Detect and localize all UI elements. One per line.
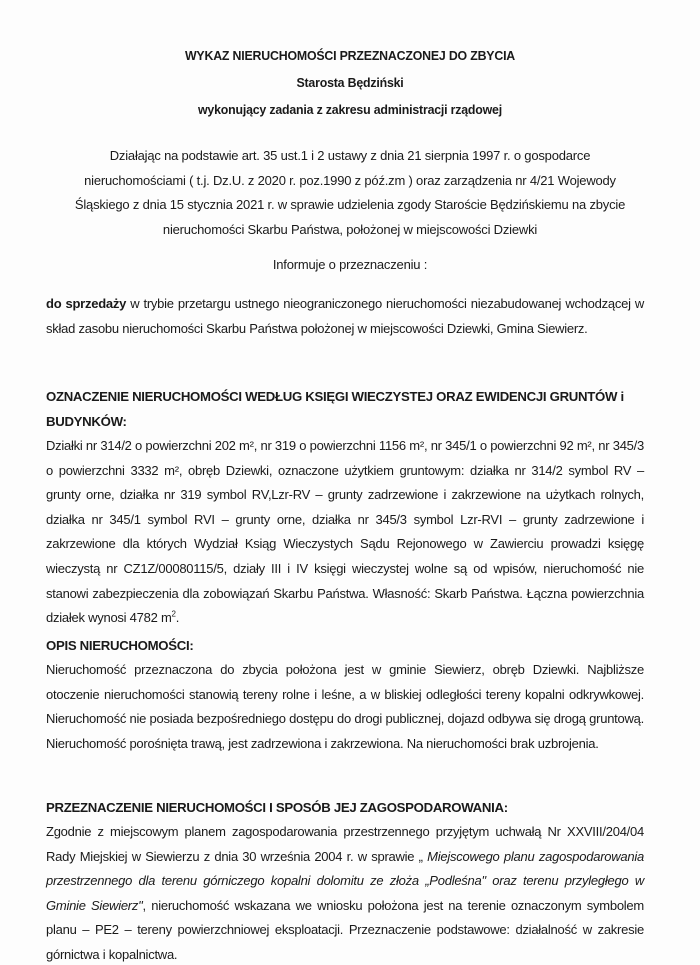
description-paragraph: Nieruchomość przeznaczona do zbycia poło… xyxy=(46,658,644,756)
section-heading-description: OPIS NIERUCHOMOŚCI: xyxy=(46,634,644,659)
authority-name: Starosta Będziński xyxy=(18,75,683,90)
purpose-paragraph: Zgodnie z miejscowym planem zagospodarow… xyxy=(46,820,644,965)
designation-end: . xyxy=(176,610,179,625)
section-heading-designation: OZNACZENIE NIERUCHOMOŚCI WEDŁUG KSIĘGI W… xyxy=(46,385,644,434)
authority-role: wykonujący zadania z zakresu administrac… xyxy=(18,102,683,117)
document-page: WYKAZ NIERUCHOMOŚCI PRZEZNACZONEJ DO ZBY… xyxy=(0,0,700,965)
intro-line: nieruchomości Skarbu Państwa, położonej … xyxy=(30,218,670,243)
document-title: WYKAZ NIERUCHOMOŚCI PRZEZNACZONEJ DO ZBY… xyxy=(18,48,683,63)
sale-paragraph: do sprzedaży w trybie przetargu ustnego … xyxy=(46,292,644,341)
section-heading-purpose: PRZEZNACZENIE NIERUCHOMOŚCI I SPOSÓB JEJ… xyxy=(46,796,644,821)
intro-line: nieruchomościami ( t.j. Dz.U. z 2020 r. … xyxy=(30,169,670,194)
intro-line: Działając na podstawie art. 35 ust.1 i 2… xyxy=(30,144,670,169)
intro-line: Śląskiego z dnia 15 stycznia 2021 r. w s… xyxy=(30,193,670,218)
sale-lead: do sprzedaży xyxy=(46,296,126,311)
designation-text: Działki nr 314/2 o powierzchni 202 m², n… xyxy=(46,438,644,625)
designation-paragraph: Działki nr 314/2 o powierzchni 202 m², n… xyxy=(46,434,644,631)
inform-line: Informuje o przeznaczeniu : xyxy=(30,253,670,278)
sale-text: w trybie przetargu ustnego nieograniczon… xyxy=(46,296,644,336)
intro-paragraph: Działając na podstawie art. 35 ust.1 i 2… xyxy=(30,144,670,242)
